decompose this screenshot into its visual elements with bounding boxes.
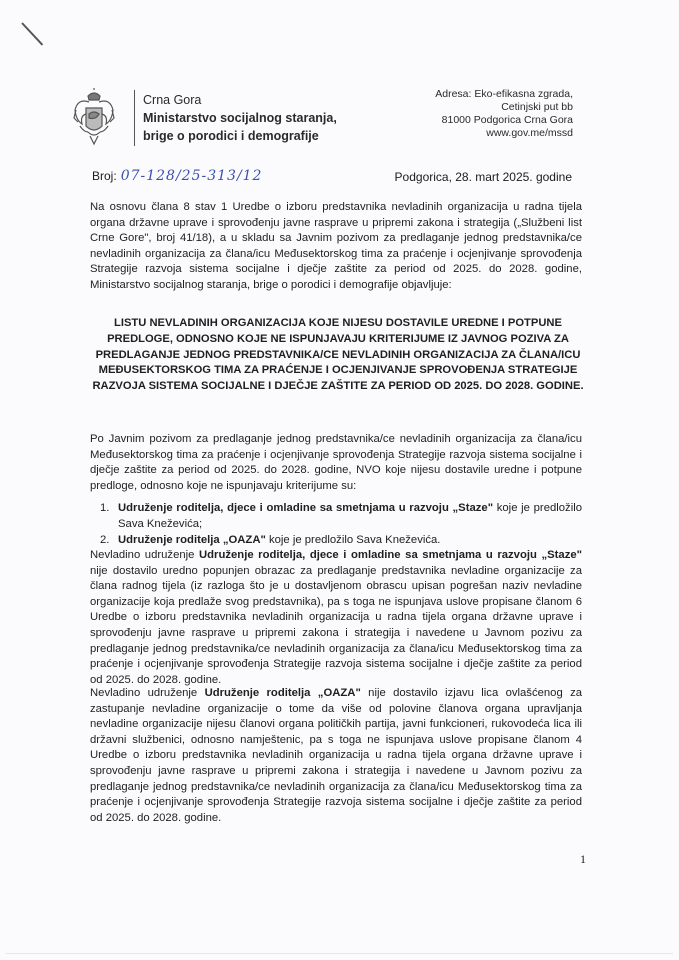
scan-edge	[6, 953, 673, 954]
ministry-address: Adresa: Eko-efikasna zgrada, Cetinjski p…	[435, 88, 573, 140]
organization-name: Udruženje roditelja, djece i omladine sa…	[118, 502, 493, 514]
reference-label: Broj:	[92, 169, 117, 183]
paragraph-lead: Nevladino udruženje	[90, 687, 205, 699]
document-title: LISTU NEVLADINIH ORGANIZACIJA KOJE NIJES…	[90, 316, 586, 395]
header-divider	[134, 90, 135, 146]
list-item-number: 2.	[100, 533, 118, 549]
ministry-name: Crna Gora Ministarstvo socijalnog staran…	[143, 91, 337, 145]
reference-number-handwritten: 07-128/25-313/12	[121, 168, 263, 184]
document-date: Podgorica, 28. mart 2025. godine	[395, 170, 572, 184]
address-website: www.gov.me/mssd	[435, 127, 573, 140]
address-line3: 81000 Podgorica Crna Gora	[435, 114, 573, 127]
organization-list: 1. Udruženje roditelja, djece i omladine…	[100, 501, 582, 550]
page-number: 1	[580, 852, 586, 867]
paragraph-body: nije dostavilo izjavu lica ovlašćenog za…	[90, 687, 582, 824]
list-intro-paragraph: Po Javnim pozivom za predlaganje jednog …	[90, 432, 582, 494]
list-item: 2. Udruženje roditelja „OAZA" koje je pr…	[100, 533, 582, 549]
paragraph-oaza: Nevladino udruženje Udruženje roditelja …	[90, 686, 582, 826]
intro-paragraph: Na osnovu člana 8 stav 1 Uredbe o izboru…	[90, 200, 582, 294]
paragraph-lead: Nevladino udruženje	[90, 549, 199, 561]
list-item-text: Udruženje roditelja „OAZA" koje je predl…	[118, 533, 582, 549]
document-page: Crna Gora Ministarstvo socijalnog staran…	[0, 0, 679, 960]
address-line1: Adresa: Eko-efikasna zgrada,	[435, 88, 573, 101]
ministry-name-line2: brige o porodici i demografije	[143, 127, 337, 145]
list-item: 1. Udruženje roditelja, djece i omladine…	[100, 501, 582, 532]
paragraph-staze: Nevladino udruženje Udruženje roditelja,…	[90, 548, 582, 688]
staple-mark	[21, 22, 43, 45]
ministry-name-line1: Ministarstvo socijalnog staranja,	[143, 109, 337, 127]
list-item-text: Udruženje roditelja, djece i omladine sa…	[118, 501, 582, 532]
list-item-rest: koje je predložilo Sava Kneževića.	[266, 534, 441, 546]
country-name: Crna Gora	[143, 91, 337, 109]
organization-name: Udruženje roditelja „OAZA"	[205, 687, 361, 699]
organization-name: Udruženje roditelja „OAZA"	[118, 534, 266, 546]
organization-name: Udruženje roditelja, djece i omladine sa…	[199, 549, 582, 561]
letterhead: Crna Gora Ministarstvo socijalnog staran…	[72, 88, 337, 148]
address-line2: Cetinjski put bb	[435, 101, 573, 114]
list-item-number: 1.	[100, 501, 118, 532]
paragraph-body: nije dostavilo uredno popunjen obrazac z…	[90, 565, 582, 686]
montenegro-coat-of-arms-icon	[72, 88, 116, 148]
reference-number: Broj: 07-128/25-313/12	[92, 168, 262, 184]
